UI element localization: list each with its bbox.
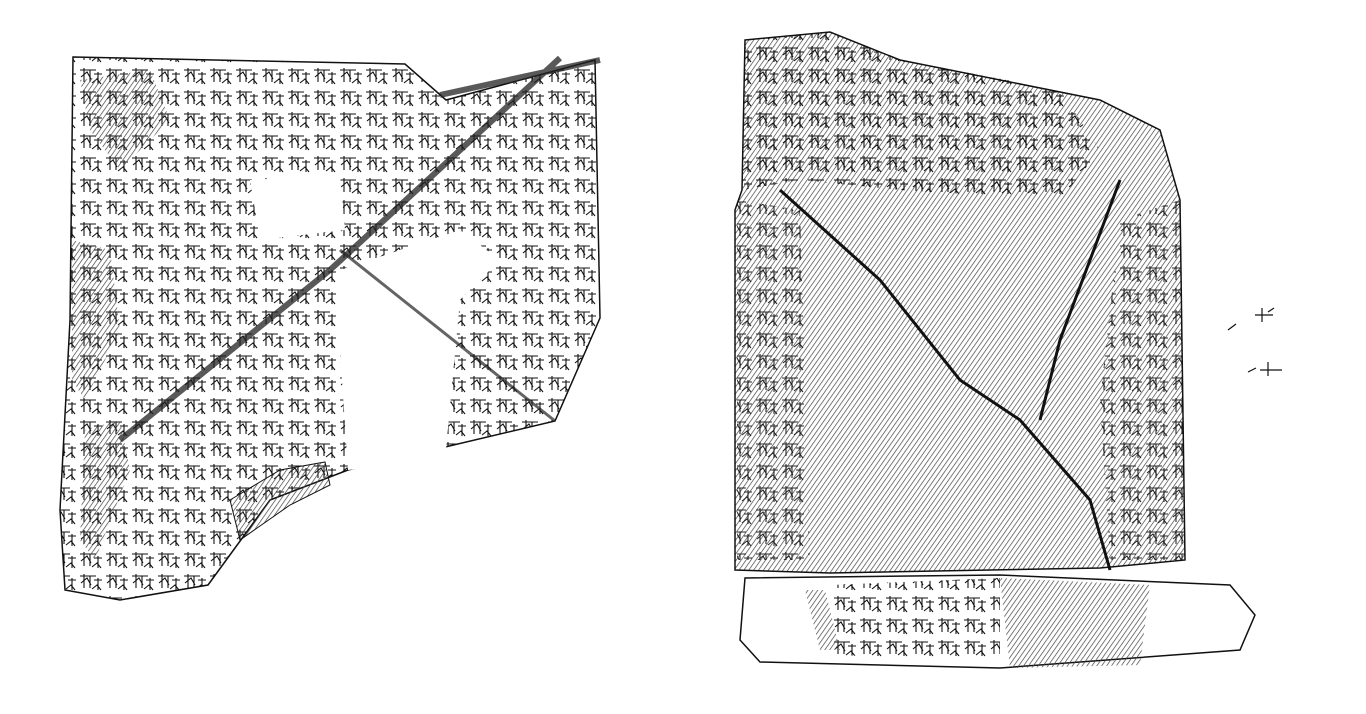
right-tablet <box>735 32 1282 573</box>
cuneiform-tablet-drawings <box>0 0 1366 714</box>
left-tablet <box>60 57 600 600</box>
right-tablet-edge <box>740 575 1255 668</box>
